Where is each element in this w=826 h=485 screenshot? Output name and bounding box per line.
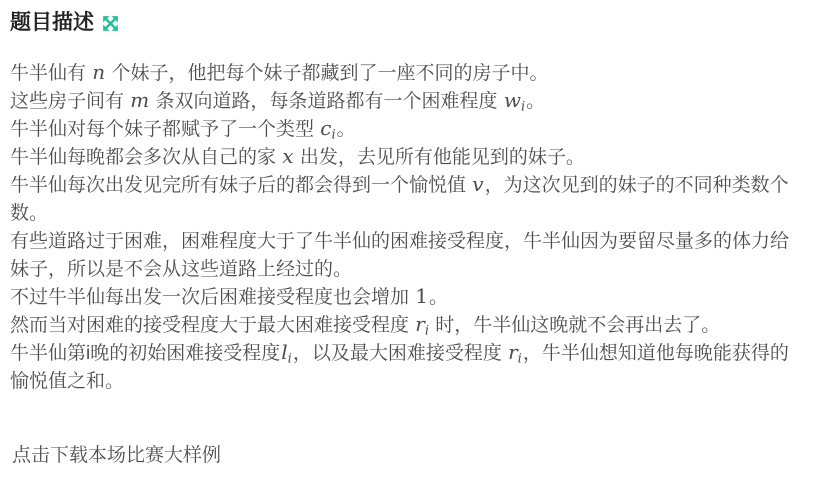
math-symbol: m [129,88,150,112]
problem-paragraph: 不过牛半仙每出发一次后困难接受程度也会增加 1。 [10,284,800,312]
problem-paragraph: 牛半仙对每个妹子都赋予了一个类型 ci。 [10,116,800,144]
problem-paragraph: 牛半仙每晚都会多次从自己的家 x 出发，去见所有他能见到的妹子。 [10,144,800,172]
page-title: 题目描述 [10,9,94,37]
math-symbol: 1 [414,284,429,308]
math-symbol: ri [507,340,523,364]
download-sample-link[interactable]: 点击下载本场比赛大样例 [12,442,826,470]
math-symbol: ci [319,116,336,140]
problem-paragraph: 牛半仙第i晚的初始困难接受程度li，以及最大困难接受程度 ri，牛半仙想知道他每… [10,340,800,396]
math-symbol: v [471,172,484,196]
problem-header: 题目描述 [10,9,826,37]
problem-paragraph: 牛半仙每次出发见完所有妹子后的都会得到一个愉悦值 v，为这次见到的妹子的不同种类… [10,172,800,228]
problem-paragraph: 然而当对困难的接受程度大于最大困难接受程度 ri 时，牛半仙这晚就不会再出去了。 [10,312,800,340]
math-symbol: x [281,144,294,168]
problem-paragraph: 有些道路过于困难，困难程度大于了牛半仙的困难接受程度，牛半仙因为要留尽量多的体力… [10,228,800,284]
math-symbol: ri [414,312,430,336]
problem-description: 牛半仙有 n 个妹子，他把每个妹子都藏到了一座不同的房子中。这些房子间有 m 条… [10,60,800,396]
math-symbol: n [91,60,106,84]
problem-page: 题目描述 牛半仙有 n 个妹子，他把每个妹子都藏到了一座不同的房子中。这些房子间… [0,0,826,470]
math-symbol: wi [503,88,526,112]
math-symbol: li [280,340,293,364]
problem-paragraph: 牛半仙有 n 个妹子，他把每个妹子都藏到了一座不同的房子中。 [10,60,800,88]
problem-paragraph: 这些房子间有 m 条双向道路，每条道路都有一个困难程度 wi。 [10,88,800,116]
expand-arrows-icon[interactable] [101,14,120,33]
